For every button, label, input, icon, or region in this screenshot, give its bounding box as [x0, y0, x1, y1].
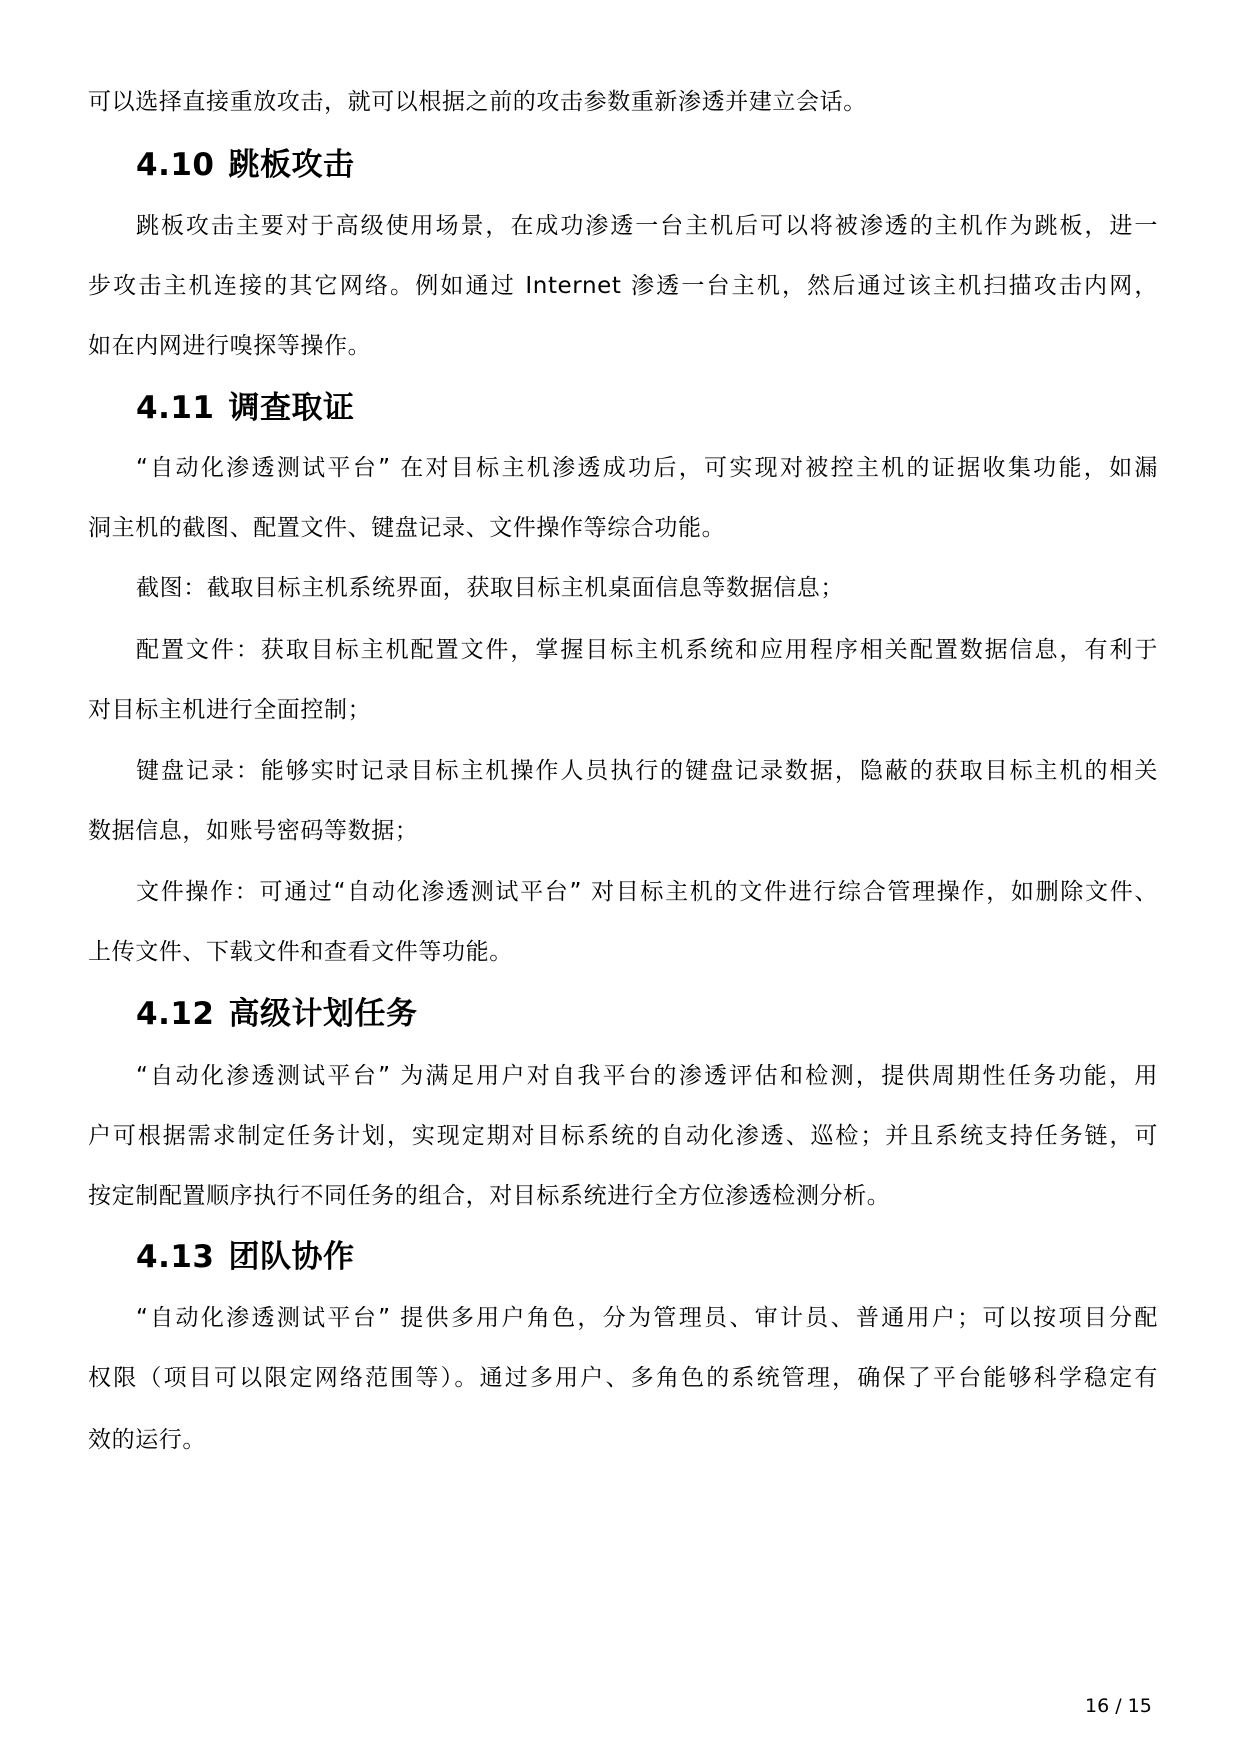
section-title: 团队协作 — [229, 1239, 355, 1275]
paragraph-line: 按定制配置顺序执行不同任务的组合，对目标系统进行全方位渗透检测分析。 — [88, 1181, 1158, 1211]
document-page: 可以选择直接重放攻击，就可以根据之前的攻击参数重新渗透并建立会话。 4.10跳板… — [0, 0, 1240, 1754]
paragraph-line: 如在内网进行嗅探等操作。 — [88, 331, 1158, 361]
paragraph-line-keylogger: 键盘记录：能够实时记录目标主机操作人员执行的键盘记录数据，隐蔽的获取目标主机的相… — [136, 756, 1158, 786]
paragraph-line: 步攻击主机连接的其它网络。例如通过 Internet 渗透一台主机，然后通过该主… — [88, 271, 1158, 301]
section-heading-4-13: 4.13团队协作 — [136, 1237, 355, 1277]
paragraph-line: 效的运行。 — [88, 1425, 1158, 1455]
section-title: 调查取证 — [229, 390, 355, 426]
paragraph-line-config-files: 配置文件：获取目标主机配置文件，掌握目标主机系统和应用程序相关配置数据信息，有利… — [136, 635, 1158, 665]
section-title: 跳板攻击 — [229, 147, 355, 183]
page-number: 16 / 15 — [1085, 1694, 1152, 1718]
section-number: 4.12 — [136, 996, 215, 1032]
paragraph-line: 上传文件、下载文件和查看文件等功能。 — [88, 937, 1158, 967]
section-number: 4.11 — [136, 390, 215, 426]
paragraph-line: 跳板攻击主要对于高级使用场景，在成功渗透一台主机后可以将被渗透的主机作为跳板，进… — [136, 211, 1158, 241]
section-number: 4.10 — [136, 147, 215, 183]
paragraph-line: 户可根据需求制定任务计划，实现定期对目标系统的自动化渗透、巡检；并且系统支持任务… — [88, 1121, 1158, 1151]
section-heading-4-12: 4.12高级计划任务 — [136, 994, 418, 1034]
paragraph-line: 数据信息，如账号密码等数据； — [88, 816, 1158, 846]
paragraph-line: “自动化渗透测试平台” 为满足用户对自我平台的渗透评估和检测，提供周期性任务功能… — [136, 1061, 1158, 1091]
section-heading-4-10: 4.10跳板攻击 — [136, 145, 355, 185]
paragraph-line: 权限（项目可以限定网络范围等）。通过多用户、多角色的系统管理，确保了平台能够科学… — [88, 1363, 1158, 1393]
section-heading-4-11: 4.11调查取证 — [136, 388, 355, 428]
section-number: 4.13 — [136, 1239, 215, 1275]
paragraph-line: 洞主机的截图、配置文件、键盘记录、文件操作等综合功能。 — [88, 513, 1158, 543]
paragraph-line: 对目标主机进行全面控制； — [88, 695, 1158, 725]
paragraph-line: 可以选择直接重放攻击，就可以根据之前的攻击参数重新渗透并建立会话。 — [88, 87, 1158, 117]
paragraph-line: “自动化渗透测试平台” 提供多用户角色，分为管理员、审计员、普通用户；可以按项目… — [136, 1303, 1158, 1333]
paragraph-line: “自动化渗透测试平台” 在对目标主机渗透成功后，可实现对被控主机的证据收集功能，… — [136, 453, 1158, 483]
paragraph-line-file-ops: 文件操作：可通过“自动化渗透测试平台” 对目标主机的文件进行综合管理操作，如删除… — [136, 877, 1158, 907]
section-title: 高级计划任务 — [229, 996, 418, 1032]
paragraph-line-screenshot: 截图：截取目标主机系统界面，获取目标主机桌面信息等数据信息； — [136, 573, 1158, 603]
